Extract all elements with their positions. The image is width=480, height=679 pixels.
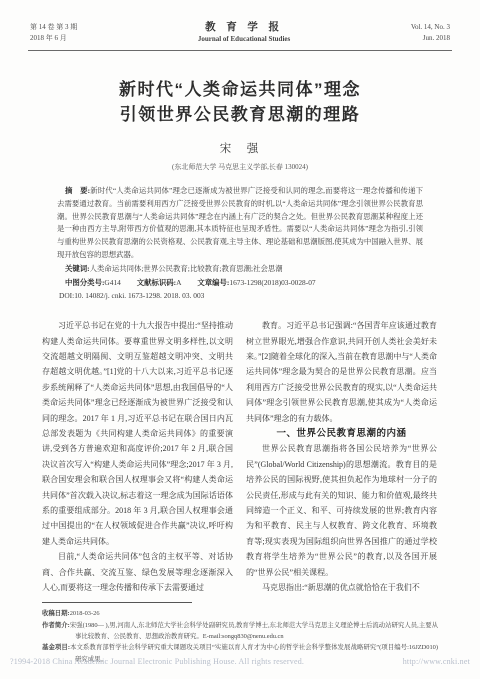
classification-line: 中图分类号:G414 文献标识码:A 文章编号:1673-1298(2018)0… xyxy=(57,277,423,290)
body-paragraph: 目前,“人类命运共同体”包含的主权平等、对话协商、合作共赢、交流互鉴、绿色发展等… xyxy=(42,549,233,595)
cnki-copyright: ?1994-2018 China Academic Journal Electr… xyxy=(10,657,470,666)
body-paragraph: 世界公民教育思潮指将各国公民培养为“世界公民”(Global/World Cit… xyxy=(246,441,437,580)
body-paragraph: 马克思指出:“新思潮的优点就恰恰在于我们不 xyxy=(246,580,437,595)
footnote-divider xyxy=(42,602,192,603)
article-title-line1: 新时代“人类命运共同体”理念 xyxy=(119,80,361,99)
left-column: 习近平总书记在党的十九大报告中提出:“坚持推动构建人类命运共同体。要尊重世界文明… xyxy=(42,318,233,595)
copyright-text: ?1994-2018 China Academic Journal Electr… xyxy=(10,657,304,666)
article-body: 习近平总书记在党的十九大报告中提出:“坚持推动构建人类命运共同体。要尊重世界文明… xyxy=(42,318,438,595)
article-title: 新时代“人类命运共同体”理念 引领世界公民教育思潮的理路 xyxy=(40,77,440,127)
article-meta: 摘 要:新时代“人类命运共同体”理念已逐渐成为被世界广泛接受和认同的理念,而要将… xyxy=(57,185,423,303)
journal-name: 教 育 学 报 Journal of Educational Studies xyxy=(198,22,290,45)
abstract-label: 摘 要: xyxy=(65,186,90,195)
journal-name-cn: 教 育 学 报 xyxy=(198,22,290,34)
header-divider xyxy=(28,50,452,51)
footnote-block: 收稿日期:2018-03-26 作者简介:宋强(1980— ),男,河南人,东北… xyxy=(42,602,438,664)
issue-info: 第 14 卷 第 3 期 2018 年 6 月 xyxy=(30,22,77,44)
body-paragraph: 教育。习近平总书记强调:“各国青年应该通过教育树立世界眼光,增强合作意识,共同开… xyxy=(246,318,437,426)
received-date: 收稿日期:2018-03-26 xyxy=(42,608,438,619)
issue-date-cn: 2018 年 6 月 xyxy=(30,33,77,44)
author-affiliation: (东北师范大学 马克思主义学部,长春 130024) xyxy=(0,162,480,172)
volume-issue: 第 14 卷 第 3 期 xyxy=(30,22,77,33)
abstract-text: 新时代“人类命运共同体”理念已逐渐成为被世界广泛接受和认同的理念,而要将这一理念… xyxy=(57,186,423,259)
doi-line: DOI:10. 14082/j. cnki. 1673-1298. 2018. … xyxy=(57,290,423,303)
clc-number: 中图分类号:G414 xyxy=(65,278,121,287)
keywords-text: 人类命运共同体;世界公民教育;比较教育;教育思潮;社会思潮 xyxy=(90,264,283,273)
issue-info-en: Vol. 14, No. 3 Jun. 2018 xyxy=(411,22,450,44)
body-paragraph: 习近平总书记在党的十九大报告中提出:“坚持推动构建人类命运共同体。要尊重世界文明… xyxy=(42,318,233,549)
abstract: 摘 要:新时代“人类命运共同体”理念已逐渐成为被世界广泛接受和认同的理念,而要将… xyxy=(57,185,423,262)
article-title-line2: 引领世界公民教育思潮的理路 xyxy=(120,105,361,124)
journal-header: 第 14 卷 第 3 期 2018 年 6 月 教 育 学 报 Journal … xyxy=(0,0,480,50)
issue-date-en: Jun. 2018 xyxy=(411,33,450,44)
volume-issue-en: Vol. 14, No. 3 xyxy=(411,22,450,33)
article-number: 文章编号:1673-1298(2018)03-0028-07 xyxy=(197,278,315,287)
section-heading: 一、世界公民教育思潮的内涵 xyxy=(246,426,437,441)
journal-article-page: 第 14 卷 第 3 期 2018 年 6 月 教 育 学 报 Journal … xyxy=(0,0,480,679)
right-column: 教育。习近平总书记强调:“各国青年应该通过教育树立世界眼光,增强合作意识,共同开… xyxy=(246,318,437,595)
keywords: 关键词:人类命运共同体;世界公民教育;比较教育;教育思潮;社会思潮 xyxy=(57,263,423,276)
document-code: 文献标识码:A xyxy=(137,278,182,287)
author-bio: 作者简介:宋强(1980— ),男,河南人,东北师范大学社会科学处副研究员,教育… xyxy=(42,620,438,643)
keywords-label: 关键词: xyxy=(65,264,90,273)
author-name: 宋 强 xyxy=(0,140,480,156)
journal-name-en: Journal of Educational Studies xyxy=(198,34,290,45)
copyright-url: http://www.cnki.net xyxy=(403,657,470,666)
